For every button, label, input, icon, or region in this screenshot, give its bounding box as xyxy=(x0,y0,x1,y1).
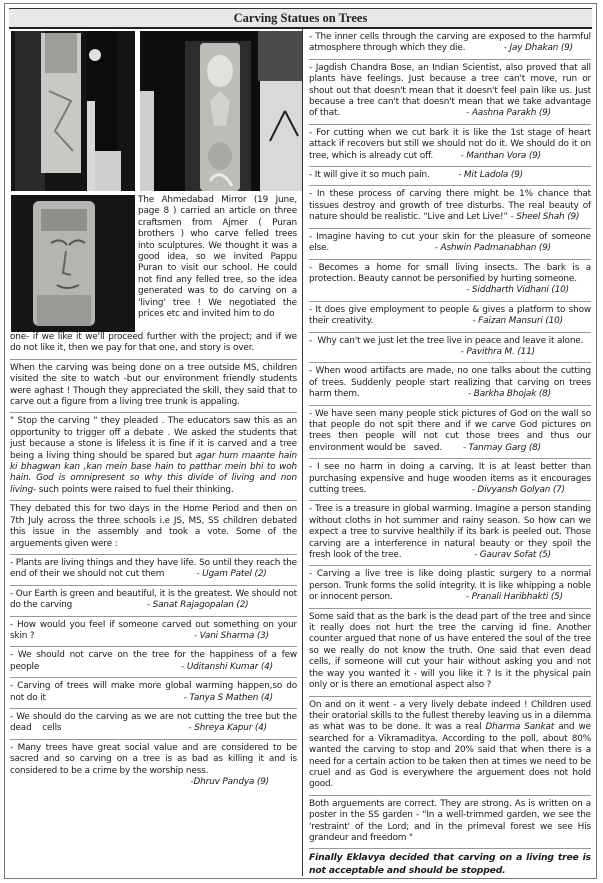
quote-author: - Faizan Mansuri (10) xyxy=(472,316,591,327)
quote-item: - How would you feel if someone carved o… xyxy=(10,617,297,648)
quote-author: - Tanya S Mathen (4) xyxy=(184,693,297,704)
quote-item: - We have seen many people stick picture… xyxy=(309,406,591,460)
quote-author: - Barkha Bhojak (8) xyxy=(468,389,591,400)
quote-item: - In these process of carving there migh… xyxy=(309,186,591,228)
quote-author: - Siddharth Vidhani (10) xyxy=(309,285,591,296)
quote-item: - When wood artifacts are made, no one t… xyxy=(309,363,591,405)
quote-item: - The inner cells through the carving ar… xyxy=(309,29,591,60)
photo-row xyxy=(10,29,297,195)
quote-author: - Jay Dhakan (9) xyxy=(504,43,591,54)
carving-photo-plain-trunk xyxy=(11,31,135,191)
dharma-sankat-term: Dharma Sankat xyxy=(485,722,554,732)
quote-author: -Dhruv Pandya (9) xyxy=(10,777,297,788)
quote-item: - Plants are living things and they have… xyxy=(10,555,297,586)
quote-author: - Sanat Rajagopalan (2) xyxy=(147,600,249,610)
left-column: The Ahmedabad Mirror (19 June, page 8 ) … xyxy=(10,29,301,876)
quote-item: - Becomes a home for small living insect… xyxy=(309,260,591,302)
paragraph-carving-site: When the carving was being done on a tre… xyxy=(10,360,297,414)
newsletter-page: Carving Statues on Trees xyxy=(4,3,597,879)
quote-item: - It does give employment to people & gi… xyxy=(309,302,591,333)
quote-author: - Pranali Haribhakti (5) xyxy=(466,592,591,603)
quote-item: - Carving a live tree is like doing plas… xyxy=(309,566,591,608)
quote-item: - I see no harm in doing a carving. It i… xyxy=(309,459,591,501)
quote-author: - Divyansh Golyan (7) xyxy=(472,485,591,496)
carving-photo-face xyxy=(11,195,135,332)
quote-author: - Gaurav Sofat (5) xyxy=(474,550,591,561)
quote-item: - It will give it so much pain. - Mit La… xyxy=(309,167,591,186)
quote-author: - Uditanshi Kumar (4) xyxy=(181,662,297,673)
quote-item: - Imagine having to cut your skin for th… xyxy=(309,229,591,260)
quote-author: - Pavithra M. (11) xyxy=(309,347,591,358)
quote-author: - Ashwin Padmanabhan (9) xyxy=(435,243,591,254)
right-column: - The inner cells through the carving ar… xyxy=(302,29,594,876)
quote-item: - We should do the carving as we are not… xyxy=(10,709,297,740)
intro-paragraph: The Ahmedabad Mirror (19 June, page 8 ) … xyxy=(138,195,297,332)
paragraph-lively-debate: On and on it went - a very lively debate… xyxy=(309,697,591,796)
quote-author: - Sheel Shah (9) xyxy=(511,212,580,222)
final-decision: Finally Eklavya decided that carving on … xyxy=(309,852,591,875)
quote-author: - Tanmay Garg (8) xyxy=(463,443,591,454)
quote-author: - Shreya Kapur (4) xyxy=(189,723,297,734)
quote-item: - Tree is a treasure in global warming. … xyxy=(309,501,591,566)
quote-item: - Carving of trees will make more global… xyxy=(10,678,297,709)
intro-paragraph-tail: one- if we like it we'll proceed further… xyxy=(10,332,297,360)
quote-author: - Aashna Parakh (9) xyxy=(466,108,591,119)
paragraph-some-said: Some said that as the bark is the dead p… xyxy=(309,609,591,697)
quote-author: - Ugam Patel (2) xyxy=(196,569,266,579)
page-title: Carving Statues on Trees xyxy=(9,8,592,29)
quote-item: - Jagdish Chandra Bose, an Indian Scient… xyxy=(309,60,591,125)
quote-author: - Vani Sharma (3) xyxy=(194,631,297,642)
quote-item: - We should not carve on the tree for th… xyxy=(10,647,297,678)
quote-author: - Mit Ladola (9) xyxy=(458,170,591,181)
quote-author: - Manthan Vora (9) xyxy=(461,151,592,162)
intro-block: The Ahmedabad Mirror (19 June, page 8 ) … xyxy=(10,195,297,332)
paragraph-conclusion: Finally Eklavya decided that carving on … xyxy=(309,849,591,881)
paragraph-stop-carving: " Stop the carving " they pleaded . The … xyxy=(10,413,297,501)
quote-item: - For cutting when we cut bark it is lik… xyxy=(309,125,591,167)
quote-item: - Our Earth is green and beautiful, it i… xyxy=(10,586,297,617)
carving-photo-praying-figure xyxy=(140,31,303,191)
quote-item: - Why can't we just let the tree live in… xyxy=(309,333,591,364)
paragraph-both-arguments: Both arguements are correct. They are st… xyxy=(309,796,591,850)
quote-item: - Many trees have great social value and… xyxy=(10,740,297,793)
paragraph-debate: They debated this for two days in the Ho… xyxy=(10,501,297,555)
